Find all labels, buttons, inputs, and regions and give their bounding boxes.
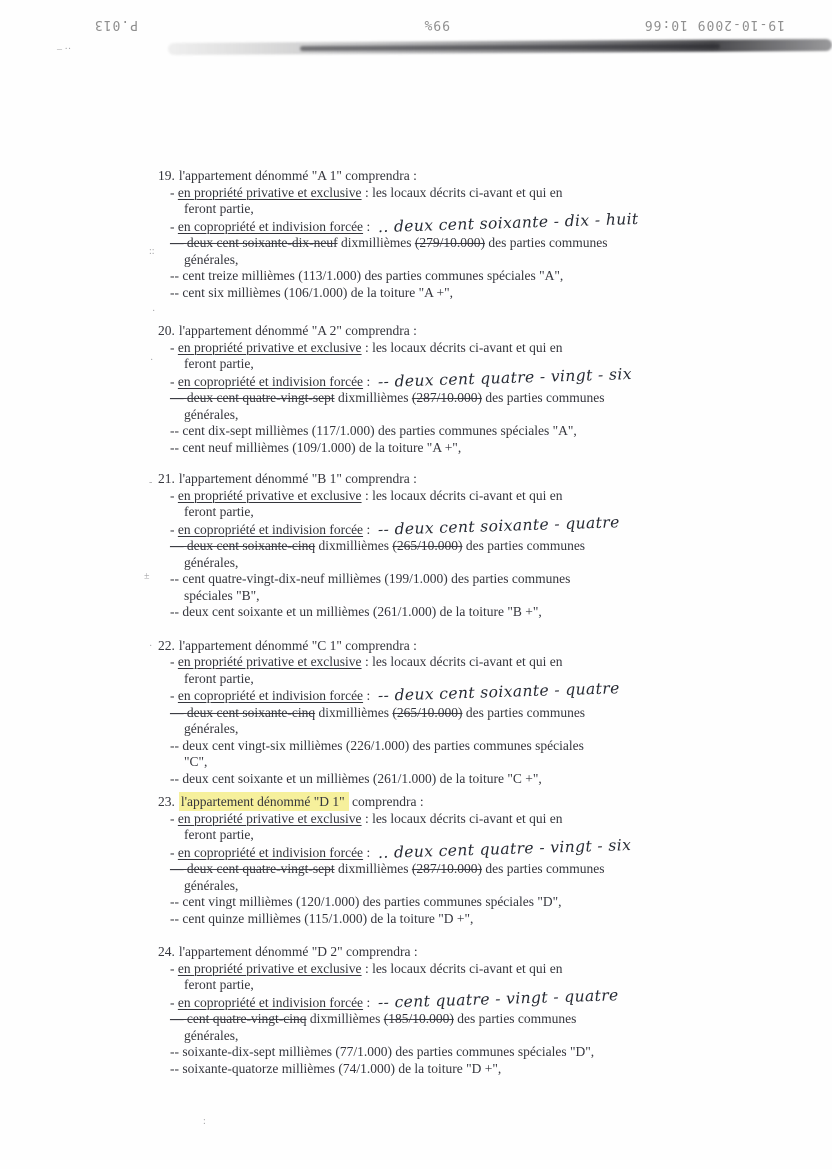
specials-text: deux cent vingt-six millièmes (226/1.000… bbox=[182, 738, 584, 753]
double-dash-marker: -- bbox=[170, 268, 179, 283]
item-number: 24. bbox=[158, 944, 175, 959]
specials-line: -- cent dix-sept millièmes (117/1.000) d… bbox=[158, 423, 758, 440]
toiture-line: -- cent neuf millièmes (109/1.000) de la… bbox=[158, 440, 758, 457]
dash-marker: - bbox=[170, 845, 175, 860]
document-items: 19.l'appartement dénommé "A 1" comprendr… bbox=[158, 168, 758, 1077]
list-item: 20.l'appartement dénommé "A 2" comprendr… bbox=[158, 323, 758, 456]
toiture-text: deux cent soixante et un millièmes (261/… bbox=[182, 771, 541, 786]
specials-text: cent treize millièmes (113/1.000) des pa… bbox=[182, 268, 563, 283]
communes-tail: des parties communes bbox=[466, 705, 585, 720]
scan-noise: : bbox=[203, 1116, 206, 1127]
specials-wrap-line: spéciales "B", bbox=[158, 588, 758, 605]
toiture-text: deux cent soixante et un millièmes (261/… bbox=[182, 604, 541, 619]
privative-tail: : les locaux décrits ci-avant et qui en bbox=[365, 811, 563, 826]
struck-line: — cent quatre-vingt-cinq dixmillièmes (1… bbox=[158, 1011, 758, 1028]
double-dash-marker: -- bbox=[170, 571, 179, 586]
specials-text: cent vingt millièmes (120/1.000) des par… bbox=[182, 894, 561, 909]
communes-tail: des parties communes bbox=[466, 538, 585, 553]
double-dash-marker: -- bbox=[170, 911, 179, 926]
privative-line: - en propriété privative et exclusive : … bbox=[158, 185, 758, 202]
item-number: 21. bbox=[158, 471, 175, 486]
generales-wrap-line: générales, bbox=[158, 252, 758, 269]
toiture-text: cent neuf millièmes (109/1.000) de la to… bbox=[182, 440, 461, 455]
title-line: 21.l'appartement dénommé "B 1" comprendr… bbox=[158, 471, 758, 488]
scan-noise: · bbox=[149, 641, 152, 652]
copro-underlined: en copropriété et indivision forcée bbox=[178, 995, 363, 1010]
item-number: 19. bbox=[158, 168, 175, 183]
toiture-text: cent quinze millièmes (115/1.000) de la … bbox=[182, 911, 473, 926]
specials-text: soixante-dix-sept millièmes (77/1.000) d… bbox=[182, 1044, 594, 1059]
item-title: l'appartement dénommé "D 2" comprendra : bbox=[179, 944, 418, 959]
scan-noise: :: bbox=[149, 246, 155, 257]
toiture-line: -- deux cent soixante et un millièmes (2… bbox=[158, 771, 758, 788]
generales-wrap-line: générales, bbox=[158, 1028, 758, 1045]
specials-line: -- cent treize millièmes (113/1.000) des… bbox=[158, 268, 758, 285]
dixmilliemes-label: dixmillièmes bbox=[338, 390, 409, 405]
copro-underlined: en copropriété et indivision forcée bbox=[178, 522, 363, 537]
double-dash-marker: -- bbox=[170, 285, 179, 300]
privative-underlined: en propriété privative et exclusive bbox=[178, 961, 362, 976]
struck-fraction: (287/10.000) bbox=[412, 861, 482, 876]
copro-colon: : bbox=[366, 995, 370, 1010]
list-item: 24.l'appartement dénommé "D 2" comprendr… bbox=[158, 944, 758, 1077]
em-dash: — bbox=[170, 1011, 184, 1026]
struck-words: — deux cent quatre-vingt-sept bbox=[170, 861, 335, 876]
highlighted-title: l'appartement dénommé "D 1" bbox=[179, 792, 349, 811]
specials-line: -- cent vingt millièmes (120/1.000) des … bbox=[158, 894, 758, 911]
privative-tail: : les locaux décrits ci-avant et qui en bbox=[365, 185, 563, 200]
dash-marker: - bbox=[170, 688, 175, 703]
privative-underlined: en propriété privative et exclusive bbox=[178, 488, 362, 503]
generales-wrap-line: générales, bbox=[158, 555, 758, 572]
struck-number-words: deux cent soixante-cinq bbox=[187, 705, 315, 720]
dixmilliemes-label: dixmillièmes bbox=[318, 705, 389, 720]
double-dash-marker: -- bbox=[170, 440, 179, 455]
specials-text: cent dix-sept millièmes (117/1.000) des … bbox=[182, 423, 576, 438]
privative-line: - en propriété privative et exclusive : … bbox=[158, 811, 758, 828]
dixmilliemes-label: dixmillièmes bbox=[341, 235, 412, 250]
struck-words: — deux cent soixante-cinq bbox=[170, 538, 315, 553]
struck-fraction: (265/10.000) bbox=[392, 538, 462, 553]
dash-marker: - bbox=[170, 374, 175, 389]
struck-number-words: deux cent quatre-vingt-sept bbox=[187, 861, 335, 876]
specials-wrap-line: "C", bbox=[158, 754, 758, 771]
privative-underlined: en propriété privative et exclusive bbox=[178, 340, 362, 355]
struck-words: — deux cent soixante-cinq bbox=[170, 705, 315, 720]
dash-marker: - bbox=[170, 654, 175, 669]
item-title: l'appartement dénommé "C 1" comprendra : bbox=[179, 638, 417, 653]
toiture-text: soixante-quatorze millièmes (74/1.000) d… bbox=[182, 1061, 501, 1076]
struck-line: — deux cent soixante-dix-neuf dixmillièm… bbox=[158, 235, 758, 252]
communes-tail: des parties communes bbox=[457, 1011, 576, 1026]
item-title: l'appartement dénommé "A 2" comprendra : bbox=[179, 323, 417, 338]
privative-underlined: en propriété privative et exclusive bbox=[178, 654, 362, 669]
struck-number-words: deux cent soixante-cinq bbox=[187, 538, 315, 553]
item-title: l'appartement dénommé "A 1" comprendra : bbox=[179, 168, 417, 183]
title-line: 20.l'appartement dénommé "A 2" comprendr… bbox=[158, 323, 758, 340]
double-dash-marker: -- bbox=[170, 1044, 179, 1059]
em-dash: — bbox=[170, 705, 184, 720]
copro-line: - en copropriété et indivision forcée :-… bbox=[158, 687, 758, 705]
privative-tail: : les locaux décrits ci-avant et qui en bbox=[365, 961, 563, 976]
communes-tail: des parties communes bbox=[485, 861, 604, 876]
title-line: 22.l'appartement dénommé "C 1" comprendr… bbox=[158, 638, 758, 655]
scan-noise: ± bbox=[144, 571, 150, 582]
communes-tail: des parties communes bbox=[488, 235, 607, 250]
dixmilliemes-label: dixmillièmes bbox=[310, 1011, 381, 1026]
item-number: 20. bbox=[158, 323, 175, 338]
dash-marker: - bbox=[170, 995, 175, 1010]
title-line: 19.l'appartement dénommé "A 1" comprendr… bbox=[158, 168, 758, 185]
dash-marker: - bbox=[170, 811, 175, 826]
toiture-line: -- cent quinze millièmes (115/1.000) de … bbox=[158, 911, 758, 928]
dash-marker: - bbox=[170, 185, 175, 200]
privative-line: - en propriété privative et exclusive : … bbox=[158, 961, 758, 978]
toiture-line: -- deux cent soixante et un millièmes (2… bbox=[158, 604, 758, 621]
struck-words: — deux cent quatre-vingt-sept bbox=[170, 390, 335, 405]
item-title: l'appartement dénommé "B 1" comprendra : bbox=[179, 471, 417, 486]
struck-line: — deux cent soixante-cinq dixmillièmes (… bbox=[158, 538, 758, 555]
list-item: 22.l'appartement dénommé "C 1" comprendr… bbox=[158, 638, 758, 788]
privative-line: - en propriété privative et exclusive : … bbox=[158, 340, 758, 357]
privative-underlined: en propriété privative et exclusive bbox=[178, 185, 362, 200]
copro-line: - en copropriété et indivision forcée :-… bbox=[158, 994, 758, 1012]
double-dash-marker: -- bbox=[170, 1061, 179, 1076]
copro-line: - en copropriété et indivision forcée :.… bbox=[158, 218, 758, 236]
copro-line: - en copropriété et indivision forcée :.… bbox=[158, 844, 758, 862]
toiture-line: -- soixante-quatorze millièmes (74/1.000… bbox=[158, 1061, 758, 1078]
copro-line: - en copropriété et indivision forcée :-… bbox=[158, 521, 758, 539]
double-dash-marker: -- bbox=[170, 738, 179, 753]
privative-line: - en propriété privative et exclusive : … bbox=[158, 488, 758, 505]
em-dash: — bbox=[170, 538, 184, 553]
copro-underlined: en copropriété et indivision forcée bbox=[178, 219, 363, 234]
fax-quality-percent: 99% bbox=[424, 17, 450, 32]
copro-underlined: en copropriété et indivision forcée bbox=[178, 688, 363, 703]
specials-line: -- cent quatre-vingt-dix-neuf millièmes … bbox=[158, 571, 758, 588]
fax-datetime: 19-10-2009 10:66 bbox=[644, 17, 785, 32]
generales-wrap-line: générales, bbox=[158, 407, 758, 424]
double-dash-marker: -- bbox=[170, 423, 179, 438]
dash-marker: - bbox=[170, 488, 175, 503]
toiture-text: cent six millièmes (106/1.000) de la toi… bbox=[182, 285, 453, 300]
dash-marker: - bbox=[170, 219, 175, 234]
scanned-fax-page: { "fax_header": { "datetime": "19-10-200… bbox=[0, 0, 832, 1169]
copro-colon: : bbox=[366, 219, 370, 234]
generales-wrap-line: générales, bbox=[158, 721, 758, 738]
specials-text: cent quatre-vingt-dix-neuf millièmes (19… bbox=[182, 571, 570, 586]
scan-noise: · bbox=[152, 306, 155, 317]
specials-line: -- soixante-dix-sept millièmes (77/1.000… bbox=[158, 1044, 758, 1061]
title-line: 23.l'appartement dénommé "D 1" comprendr… bbox=[158, 794, 758, 811]
dixmilliemes-label: dixmillièmes bbox=[318, 538, 389, 553]
dixmilliemes-label: dixmillièmes bbox=[338, 861, 409, 876]
item-number: 22. bbox=[158, 638, 175, 653]
item-number: 23. bbox=[158, 794, 175, 809]
privative-tail: : les locaux décrits ci-avant et qui en bbox=[365, 340, 563, 355]
struck-line: — deux cent quatre-vingt-sept dixmillièm… bbox=[158, 861, 758, 878]
scan-noise: - bbox=[149, 477, 152, 488]
struck-number-words: deux cent quatre-vingt-sept bbox=[187, 390, 335, 405]
struck-fraction: (185/10.000) bbox=[384, 1011, 454, 1026]
scan-noise: · bbox=[150, 355, 153, 366]
copro-underlined: en copropriété et indivision forcée bbox=[178, 845, 363, 860]
specials-line: -- deux cent vingt-six millièmes (226/1.… bbox=[158, 738, 758, 755]
struck-number-words: cent quatre-vingt-cinq bbox=[187, 1011, 307, 1026]
double-dash-marker: -- bbox=[170, 894, 179, 909]
copro-colon: : bbox=[366, 688, 370, 703]
struck-fraction: (287/10.000) bbox=[412, 390, 482, 405]
struck-line: — deux cent soixante-cinq dixmillièmes (… bbox=[158, 705, 758, 722]
fax-header: 19-10-2009 10:66 99% P.013 bbox=[0, 12, 832, 34]
scan-noise: – ·· bbox=[57, 44, 71, 55]
struck-number-words: deux cent soixante-dix-neuf bbox=[187, 235, 338, 250]
privative-underlined: en propriété privative et exclusive bbox=[178, 811, 362, 826]
copro-colon: : bbox=[366, 522, 370, 537]
toiture-line: -- cent six millièmes (106/1.000) de la … bbox=[158, 285, 758, 302]
dash-marker: - bbox=[170, 961, 175, 976]
communes-tail: des parties communes bbox=[485, 390, 604, 405]
privative-line: - en propriété privative et exclusive : … bbox=[158, 654, 758, 671]
privative-tail: : les locaux décrits ci-avant et qui en bbox=[365, 488, 563, 503]
em-dash: — bbox=[170, 861, 184, 876]
copro-line: - en copropriété et indivision forcée :-… bbox=[158, 373, 758, 391]
double-dash-marker: -- bbox=[170, 771, 179, 786]
struck-words: — cent quatre-vingt-cinq bbox=[170, 1011, 306, 1026]
em-dash: — bbox=[170, 235, 184, 250]
copro-colon: : bbox=[366, 374, 370, 389]
generales-wrap-line: générales, bbox=[158, 878, 758, 895]
struck-words: — deux cent soixante-dix-neuf bbox=[170, 235, 338, 250]
dash-marker: - bbox=[170, 340, 175, 355]
struck-line: — deux cent quatre-vingt-sept dixmillièm… bbox=[158, 390, 758, 407]
list-item: 23.l'appartement dénommé "D 1" comprendr… bbox=[158, 794, 758, 927]
em-dash: — bbox=[170, 390, 184, 405]
list-item: 19.l'appartement dénommé "A 1" comprendr… bbox=[158, 168, 758, 301]
struck-fraction: (279/10.000) bbox=[415, 235, 485, 250]
copro-underlined: en copropriété et indivision forcée bbox=[178, 374, 363, 389]
list-item: 21.l'appartement dénommé "B 1" comprendr… bbox=[158, 471, 758, 621]
struck-fraction: (265/10.000) bbox=[392, 705, 462, 720]
item-title: comprendra : bbox=[349, 794, 424, 809]
dash-marker: - bbox=[170, 522, 175, 537]
double-dash-marker: -- bbox=[170, 604, 179, 619]
privative-tail: : les locaux décrits ci-avant et qui en bbox=[365, 654, 563, 669]
title-line: 24.l'appartement dénommé "D 2" comprendr… bbox=[158, 944, 758, 961]
fax-page-number: P.013 bbox=[94, 17, 138, 32]
copro-colon: : bbox=[366, 845, 370, 860]
